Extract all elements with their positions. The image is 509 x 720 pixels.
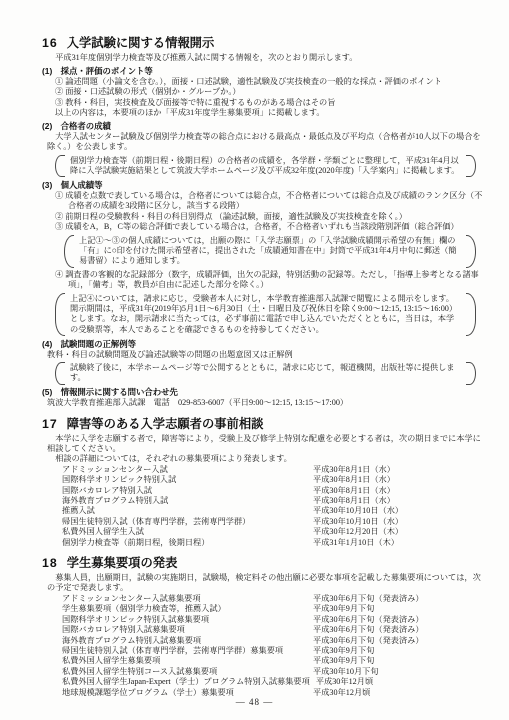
exam-name: 推薦入試 (62, 506, 313, 516)
deadline-date: 平成30年10月10日（水） (313, 506, 403, 516)
table-row: 国際バカロレア特別入試募集要項平成30年6月下旬（発表済み） (62, 625, 483, 635)
table-row: 学生募集要項（個別学力検査等，推薦入試）平成30年9月下旬 (62, 604, 483, 614)
table-row: 海外教育プログラム特別入試募集要項平成30年6月下旬（発表済み） (62, 636, 483, 646)
release-date: 平成30年6月下旬（発表済み） (313, 625, 424, 635)
list-item: ③ 成績をA，B，C等の総合評価で表している場合は，合格者，不合格者いずれも当該… (55, 222, 483, 232)
deadline-date: 平成30年8月1日（水） (313, 465, 395, 475)
table-row: 個別学力検査等（前期日程，後期日程）平成31年1月10日（木） (62, 538, 483, 548)
section-18-intro: 募集人員，出願期日，試験の実施期日，試験場，検定料その他出願に必要な事項を記載し… (47, 573, 483, 594)
release-date: 平成30年9月下旬 (313, 604, 374, 614)
guideline-name: 帰国生徒特別入試（体育専門学群，芸術専門学群）募集要項 (62, 646, 313, 656)
section-16-intro: 平成31年度個別学力検査等及び推薦入試に関する情報を，次のとおり開示します。 (47, 53, 483, 63)
guideline-name: 国際科学オリンピック特別入試募集要項 (62, 615, 313, 625)
table-row: 国際バカロレア特別入試平成30年8月1日（水） (62, 486, 483, 496)
sub-label-personal-scores: (3) 個人成績等 (42, 180, 483, 190)
document-page: 16入学試験に関する情報開示 平成31年度個別学力検査等及び推薦入試に関する情報… (0, 0, 509, 720)
table-row: 海外教育プログラム特別入試平成30年8月1日（水） (62, 496, 483, 506)
section-17-note: 相談の詳細については，それぞれの募集要項により発表します。 (47, 454, 483, 464)
guideline-name: 海外教育プログラム特別入試募集要項 (62, 636, 313, 646)
exam-name: 海外教育プログラム特別入試 (62, 496, 313, 506)
personal-scores-items-2: ④ 調査書の客観的な記録部分（数字，成績評価，出欠の記録，特別活動の記録等。ただ… (55, 270, 483, 291)
table-row: 私費外国人留学生募集要項平成30年9月下旬 (62, 656, 483, 666)
deadline-date: 平成30年8月1日（水） (313, 475, 395, 485)
exam-name: 帰国生徒特別入試（体育専門学群，芸術専門学群） (62, 517, 313, 527)
list-item: ④ 調査書の客観的な記録部分（数字，成績評価，出欠の記録，特別活動の記録等。ただ… (55, 270, 483, 291)
scoring-points-items: ① 論述問題（小論文を含む。），面接・口述試験，適性試験及び実技検査の一般的な採… (55, 77, 483, 119)
table-row: アドミッションセンター入試募集要項平成30年6月下旬（発表済み） (62, 594, 483, 604)
section-17-heading: 17障害等のある入学志願者の事前相談 (42, 417, 483, 431)
inquiry-contact-body: 筑波大学教育推進部入試課 電話 029-853-6007（平日9:00～12:1… (47, 398, 483, 408)
section-17: 17障害等のある入学志願者の事前相談 本学に入学を志願する者で，障害等により，受… (42, 417, 483, 548)
release-date: 平成30年10月下旬 (313, 667, 379, 677)
section-16-title: 入学試験に関する情報開示 (67, 36, 215, 50)
exam-name: 国際バカロレア特別入試 (62, 486, 313, 496)
guideline-name: 私費外国人留学生Japan-Expert（学士）プログラム特別入試募集要項 (62, 677, 316, 687)
list-item-note: 以上の内容は，本要項のほか「平成31年度学生募集要項」に掲載します。 (55, 108, 483, 118)
table-row: アドミッションセンター入試平成30年8月1日（水） (62, 465, 483, 475)
section-18-number: 18 (42, 556, 58, 570)
guideline-release-table: アドミッションセンター入試募集要項平成30年6月下旬（発表済み） 学生募集要項（… (62, 594, 483, 698)
exam-name: 国際科学オリンピック特別入試 (62, 475, 313, 485)
list-item: ② 面接・口述試験の形式（個別か・グループか。） (55, 87, 483, 97)
section-18-heading: 18学生募集要項の発表 (42, 556, 483, 570)
section-16: 16入学試験に関する情報開示 平成31年度個別学力検査等及び推薦入試に関する情報… (42, 36, 483, 409)
list-item: ③ 教科・科目，実技検査及び面接等で特に重視するものがある場合はその旨 (55, 98, 483, 108)
section-17-number: 17 (42, 417, 58, 431)
personal-scores-items: ① 成績を点数で表している場合は，合格者については総合点，不合格者については総合… (55, 191, 483, 233)
release-date: 平成30年6月下旬（発表済み） (313, 594, 424, 604)
table-row: 帰国生徒特別入試（体育専門学群，芸術専門学群）募集要項平成30年9月下旬 (62, 646, 483, 656)
table-row: 国際科学オリンピック特別入試平成30年8月1日（水） (62, 475, 483, 485)
list-item: ① 論述問題（小論文を含む。），面接・口述試験，適性試験及び実技検査の一般的な採… (55, 77, 483, 87)
exam-name: 個別学力検査等（前期日程，後期日程） (62, 538, 313, 548)
table-row: 帰国生徒特別入試（体育専門学群，芸術専門学群）平成30年10月10日（水） (62, 517, 483, 527)
table-row: 国際科学オリンピック特別入試募集要項平成30年6月下旬（発表済み） (62, 615, 483, 625)
sub-label-passer-scores: (2) 合格者の成績 (42, 121, 483, 131)
guideline-name: 私費外国人留学生募集要項 (62, 656, 313, 666)
answer-examples-bracket-note: 試験終了後に，本学ホームページ等で公開するとともに，請求に応じて，報道機関，出版… (54, 362, 477, 385)
deadline-date: 平成30年12月20日（木） (313, 527, 403, 537)
guideline-name: 国際バカロレア特別入試募集要項 (62, 625, 313, 635)
passer-scores-bracket-note: 個別学力検査等（前期日程・後期日程）の合格者の成績を，各学群・学類ごとに整理して… (54, 155, 477, 178)
section-16-heading: 16入学試験に関する情報開示 (42, 36, 483, 50)
deadline-date: 平成30年10月10日（水） (313, 517, 403, 527)
sub-label-scoring-points: (1) 採点・評価のポイント等 (42, 66, 483, 76)
list-item: ② 前期日程の受験教科・科目の科目別得点 （論述試験，面接，適性試験及び実技検査… (55, 212, 483, 222)
release-date: 平成30年6月下旬（発表済み） (313, 636, 424, 646)
personal-scores-bracket-note-2: 上記④については，請求に応じ，受験者本人に対し，本学教育推進部入試課で閲覧による… (54, 293, 477, 337)
list-item: ① 成績を点数で表している場合は，合格者については総合点，不合格者については総合… (55, 191, 483, 212)
release-date: 平成30年9月下旬 (313, 656, 374, 666)
section-17-intro: 本学に入学を志願する者で，障害等により，受験上及び修学上特別な配慮を必要とする者… (47, 434, 483, 455)
exam-name: アドミッションセンター入試 (62, 465, 313, 475)
section-18-title: 学生募集要項の発表 (67, 556, 178, 570)
release-date: 平成30年9月下旬 (313, 646, 374, 656)
release-date: 平成30年12月頃 (316, 677, 373, 687)
table-row: 私費外国人留学生Japan-Expert（学士）プログラム特別入試募集要項平成3… (62, 677, 483, 687)
section-17-title: 障害等のある入学志願者の事前相談 (67, 417, 264, 431)
table-row: 推薦入試平成30年10月10日（水） (62, 506, 483, 516)
guideline-name: アドミッションセンター入試募集要項 (62, 594, 313, 604)
table-row: 私費外国人留学生入試平成30年12月20日（木） (62, 527, 483, 537)
section-18: 18学生募集要項の発表 募集人員，出願期日，試験の実施期日，試験場，検定料その他… (42, 556, 483, 698)
deadline-date: 平成30年8月1日（水） (313, 486, 395, 496)
answer-examples-body: 教科・科目の試験問題及び論述試験等の問題の出題意図又は正解例 (47, 350, 483, 360)
guideline-name: 学生募集要項（個別学力検査等，推薦入試） (62, 604, 313, 614)
deadline-date: 平成31年1月10日（木） (313, 538, 399, 548)
exam-name: 私費外国人留学生入試 (62, 527, 313, 537)
passer-scores-body: 大学入試センター試験及び個別学力検査等の総合点における最高点・最低点及び平均点（… (47, 132, 483, 153)
page-number: ― 48 ― (0, 697, 509, 707)
deadline-date: 平成30年8月1日（水） (313, 496, 395, 506)
personal-scores-bracket-note-1: 上記①～③の個人成績については，出願の際に「入学志願票」の「入学試験成績開示希望… (63, 235, 477, 268)
release-date: 平成30年6月下旬（発表済み） (313, 615, 424, 625)
guideline-name: 私費外国人留学生特別コース入試募集要項 (62, 667, 313, 677)
sub-label-answer-examples: (4) 試験問題の正解例等 (42, 339, 483, 349)
section-16-number: 16 (42, 36, 58, 50)
sub-label-inquiry-contact: (5) 情報開示に関する問い合わせ先 (42, 387, 483, 397)
consultation-deadline-table: アドミッションセンター入試平成30年8月1日（水） 国際科学オリンピック特別入試… (62, 465, 483, 548)
table-row: 私費外国人留学生特別コース入試募集要項平成30年10月下旬 (62, 667, 483, 677)
